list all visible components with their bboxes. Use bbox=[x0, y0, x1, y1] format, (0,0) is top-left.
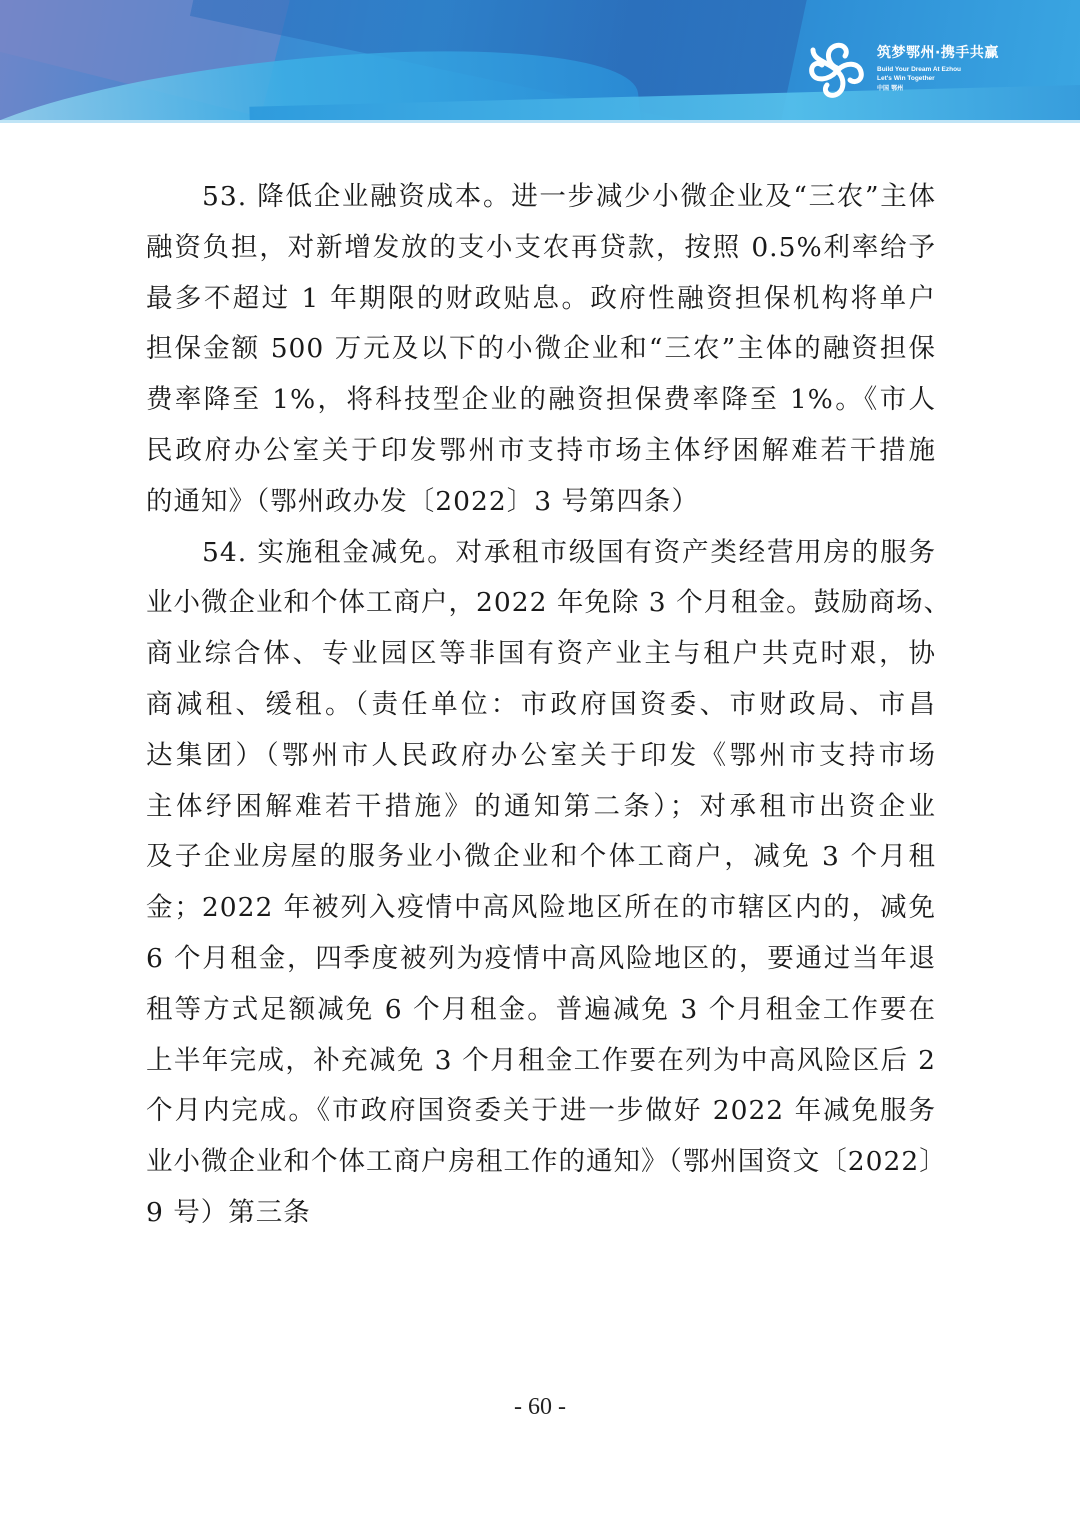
paragraph-54: 54. 实施租金减免。对承租市级国有资产类经营用房的服务 业小微企业和个体工商户… bbox=[146, 528, 936, 1239]
text-line: 最多不超过 1 年期限的财政贴息。政府性融资担保机构将单户 bbox=[146, 274, 936, 325]
location-label: 中国 鄂州 bbox=[877, 84, 999, 94]
text-line: 达集团）（鄂州市人民政府办公室关于印发《鄂州市支持市场 bbox=[146, 731, 936, 782]
text-line: 6 个月租金，四季度被列为疫情中高风险地区的，要通过当年退 bbox=[146, 934, 936, 985]
paragraph-53: 53. 降低企业融资成本。进一步减少小微企业及“三农”主体 融资负担，对新增发放… bbox=[146, 172, 936, 528]
text-line: 融资负担，对新增发放的支小支农再贷款，按照 0.5%利率给予 bbox=[146, 223, 936, 274]
text-line: 9 号）第三条 bbox=[146, 1188, 936, 1239]
text-line: 担保金额 500 万元及以下的小微企业和“三农”主体的融资担保 bbox=[146, 324, 936, 375]
header-banner: 筑梦鄂州·携手共赢 Build Your Dream At Ezhou Let'… bbox=[0, 0, 1080, 123]
text-line: 的通知》（鄂州政办发〔2022〕3 号第四条） bbox=[146, 477, 936, 528]
text-line: 民政府办公室关于印发鄂州市支持市场主体纾困解难若干措施 bbox=[146, 426, 936, 477]
text-line: 费率降至 1%，将科技型企业的融资担保费率降至 1%。《市人 bbox=[146, 375, 936, 426]
slogan-english-2: Let's Win Together bbox=[877, 74, 999, 83]
banner-bottom-line bbox=[0, 120, 1080, 123]
logo-text-block: 筑梦鄂州·携手共赢 Build Your Dream At Ezhou Let'… bbox=[877, 38, 999, 94]
flower-swirl-logo-icon bbox=[805, 38, 869, 102]
text-line: 商减租、缓租。（责任单位：市政府国资委、市财政局、市昌 bbox=[146, 680, 936, 731]
text-line: 商业综合体、专业园区等非国有资产业主与租户共克时艰，协 bbox=[146, 629, 936, 680]
text-line: 租等方式足额减免 6 个月租金。普遍减免 3 个月租金工作要在 bbox=[146, 985, 936, 1036]
city-logo: 筑梦鄂州·携手共赢 Build Your Dream At Ezhou Let'… bbox=[805, 38, 999, 102]
text-line: 上半年完成，补充减免 3 个月租金工作要在列为中高风险区后 2 bbox=[146, 1036, 936, 1087]
text-line: 54. 实施租金减免。对承租市级国有资产类经营用房的服务 bbox=[146, 528, 936, 579]
page-number: - 60 - bbox=[0, 1394, 1080, 1421]
document-body: 53. 降低企业融资成本。进一步减少小微企业及“三农”主体 融资负担，对新增发放… bbox=[146, 172, 936, 1239]
slogan-english-1: Build Your Dream At Ezhou bbox=[877, 65, 999, 74]
text-line: 金；2022 年被列入疫情中高风险地区所在的市辖区内的，减免 bbox=[146, 883, 936, 934]
text-line: 主体纾困解难若干措施》的通知第二条）；对承租市出资企业 bbox=[146, 782, 936, 833]
text-line: 业小微企业和个体工商户，2022 年免除 3 个月租金。鼓励商场、 bbox=[146, 578, 936, 629]
slogan-chinese: 筑梦鄂州·携手共赢 bbox=[877, 44, 999, 62]
text-line: 53. 降低企业融资成本。进一步减少小微企业及“三农”主体 bbox=[146, 172, 936, 223]
text-line: 个月内完成。《市政府国资委关于进一步做好 2022 年减免服务 bbox=[146, 1086, 936, 1137]
text-line: 及子企业房屋的服务业小微企业和个体工商户，减免 3 个月租 bbox=[146, 832, 936, 883]
text-line: 业小微企业和个体工商户房租工作的通知》（鄂州国资文〔2022〕 bbox=[146, 1137, 936, 1188]
